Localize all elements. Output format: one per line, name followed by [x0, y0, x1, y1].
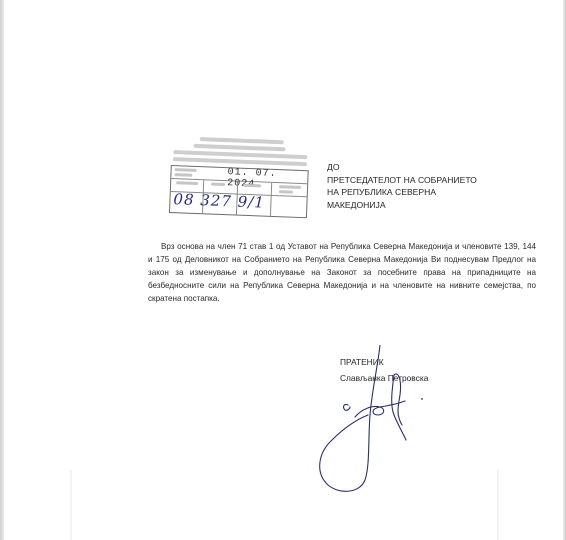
addressee-line: МАКЕДОНИЈА [327, 199, 477, 212]
addressee-line: ДО [327, 161, 477, 174]
stamp-registry-number: 08 327 9/1 [173, 190, 265, 211]
page-fold-shadow [497, 470, 499, 540]
stamp-header [171, 134, 310, 169]
registry-stamp: 01. 07. 2024 08 327 9/1 [169, 134, 310, 219]
stamp-form-grid: 01. 07. 2024 08 327 9/1 [169, 165, 309, 218]
page-edge-left [0, 0, 4, 540]
signatory-name: Слављанка Петровска [340, 373, 428, 383]
addressee-line: НА РЕПУБЛИКА СЕВЕРНА [327, 186, 477, 199]
letter-body: Врз основа на член 71 став 1 од Уставот … [148, 240, 536, 305]
signatory-title: ПРАТЕНИК [340, 357, 384, 367]
handwritten-signature [310, 345, 450, 495]
page-fold-shadow [70, 470, 72, 540]
addressee-line: ПРЕТСЕДАТЕЛОТ НА СОБРАНИЕТО [327, 174, 477, 187]
addressee-block: ДО ПРЕТСЕДАТЕЛОТ НА СОБРАНИЕТО НА РЕПУБЛ… [327, 161, 477, 211]
body-paragraph: Врз основа на член 71 став 1 од Уставот … [148, 240, 536, 305]
